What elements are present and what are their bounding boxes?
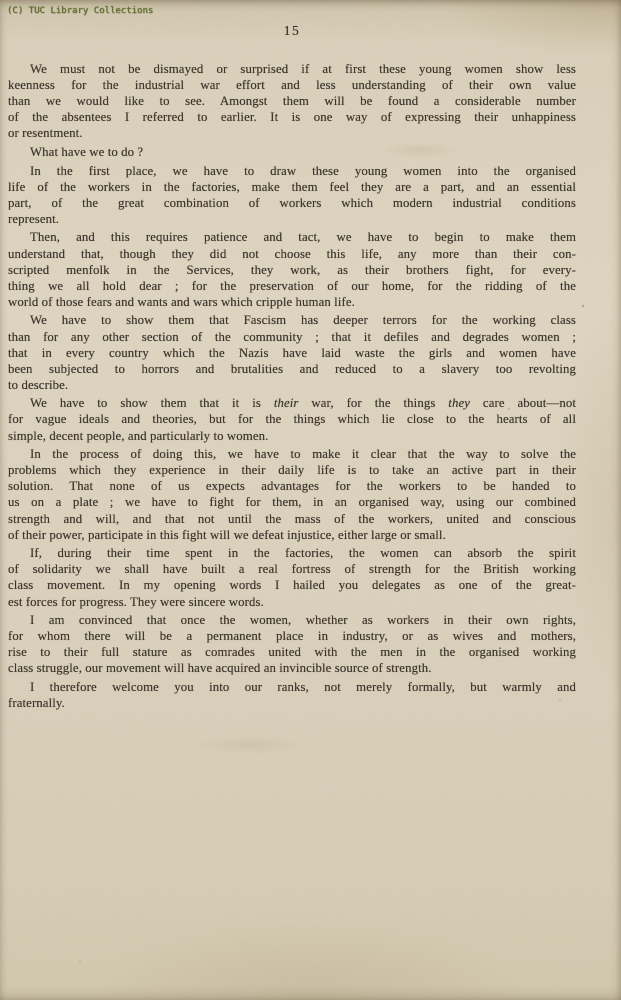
- paragraph: We have to show them that Fascism has de…: [8, 312, 576, 392]
- text-line: In the first place, we have to draw thes…: [8, 163, 576, 179]
- text-line: of their power, participate in this figh…: [8, 527, 576, 543]
- paragraph: What have we to do ?: [8, 144, 576, 160]
- text-line: life of the workers in the factories, ma…: [8, 179, 576, 195]
- text-line: In the process of doing this, we have to…: [8, 446, 576, 462]
- text-line: We have to show them that Fascism has de…: [8, 312, 576, 328]
- text-line: Then, and this requires patience and tac…: [8, 229, 576, 245]
- text-line: of solidarity we shall have built a real…: [8, 561, 576, 577]
- text-line: If, during their time spent in the facto…: [8, 545, 576, 561]
- text-line: that in every country which the Nazis ha…: [8, 345, 576, 361]
- text-line: represent.: [8, 211, 576, 227]
- text-line: for vague ideals and theories, but for t…: [8, 411, 576, 427]
- text-line: been subjected to horrors and brutalitie…: [8, 361, 576, 377]
- text-line: I am convinced that once the women, whet…: [8, 612, 576, 628]
- paragraph: Then, and this requires patience and tac…: [8, 229, 576, 309]
- text-line: fraternally.: [8, 695, 576, 711]
- text-line: for whom there will be a permanent place…: [8, 628, 576, 644]
- text-line: than for any other section of the commun…: [8, 329, 576, 345]
- text-line: than we would like to see. Amongst them …: [8, 93, 576, 109]
- text-line: part, of the great combination of worker…: [8, 195, 576, 211]
- paragraph: We have to show them that it is their wa…: [8, 395, 576, 443]
- paragraph: I am convinced that once the women, whet…: [8, 612, 576, 676]
- text-line: strength and will, and that not until th…: [8, 511, 576, 527]
- text-line: understand that, though they did not cho…: [8, 246, 576, 262]
- text-line: thing we all hold dear ; for the preserv…: [8, 278, 576, 294]
- text-line: keenness for the industrial war effort a…: [8, 77, 576, 93]
- text-line: simple, decent people, and particularly …: [8, 428, 576, 444]
- paragraph: In the process of doing this, we have to…: [8, 446, 576, 543]
- text-line: problems which they experience in their …: [8, 462, 576, 478]
- paragraph: If, during their time spent in the facto…: [8, 545, 576, 609]
- text-line: class movement. In my opening words I ha…: [8, 577, 576, 593]
- text-line: We must not be dismayed or surprised if …: [8, 61, 576, 77]
- text-line: us on a plate ; we have to fight for the…: [8, 494, 576, 510]
- paragraph: I therefore welcome you into our ranks, …: [8, 679, 576, 711]
- paragraph: In the first place, we have to draw thes…: [8, 163, 576, 227]
- text-line: to describe.: [8, 377, 576, 393]
- scanned-document-page: (C) TUC Library Collections 15 We must n…: [0, 0, 621, 1000]
- text-line: We have to show them that it is their wa…: [8, 395, 576, 411]
- paragraph: We must not be dismayed or surprised if …: [8, 61, 576, 141]
- text-line: class struggle, our movement will have a…: [8, 660, 576, 676]
- text-line: scripted menfolk in the Services, they w…: [8, 262, 576, 278]
- text-block: We must not be dismayed or surprised if …: [8, 61, 576, 714]
- text-line: rise to their full stature as comrades u…: [8, 644, 576, 660]
- text-line: or resentment.: [8, 125, 576, 141]
- text-line: est forces for progress. They were since…: [8, 594, 576, 610]
- text-line: What have we to do ?: [8, 144, 576, 160]
- text-line: I therefore welcome you into our ranks, …: [8, 679, 576, 695]
- text-line: world of those fears and wants and wars …: [8, 294, 576, 310]
- text-line: of the absentees I referred to earlier. …: [8, 109, 576, 125]
- text-line: solution. That none of us expects advant…: [8, 478, 576, 494]
- page-number: 15: [8, 23, 576, 39]
- library-watermark: (C) TUC Library Collections: [7, 6, 153, 16]
